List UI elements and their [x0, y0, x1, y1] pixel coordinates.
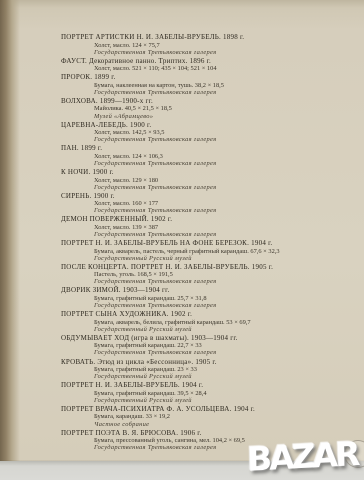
- entry-title: КРОВАТЬ. Этюд из цикла «Бессонница». 190…: [61, 359, 364, 367]
- entry-location: Государственная Третьяковская галерея: [61, 49, 364, 56]
- entry-location: Государственный Русский музей: [61, 397, 364, 404]
- catalog-entry: ОБДУМЫВАЕТ ХОД (игра в шахматы). 1903—19…: [61, 335, 364, 357]
- entry-location: Частное собрание: [61, 421, 364, 428]
- entry-location: Государственный Русский музей: [61, 373, 364, 380]
- catalog-entry: ПОРТРЕТ Н. И. ЗАБЕЛЫ-ВРУБЕЛЬ НА ФОНЕ БЕР…: [61, 240, 364, 262]
- entry-title: ПОРТРЕТ ВРАЧА-ПСИХИАТРА Ф. А. УСОЛЬЦЕВА.…: [61, 406, 364, 414]
- entry-details: Бумага, графитный карандаш. 23 × 33: [61, 366, 364, 373]
- entry-location: Государственная Третьяковская галерея: [61, 278, 364, 285]
- entry-details: Бумага, графитный карандаш. 39,5 × 28,4: [61, 390, 364, 397]
- entry-location: Государственная Третьяковская галерея: [61, 302, 364, 309]
- entry-details: Бумага, графитный карандаш. 25,7 × 31,8: [61, 295, 364, 302]
- catalog-list: ПОРТРЕТ АРТИСТКИ Н. И. ЗАБЕЛЫ-ВРУБЕЛЬ. 1…: [0, 34, 364, 453]
- entry-location: Государственный Русский музей: [61, 255, 364, 262]
- entry-details: Бумага, карандаш. 33 × 19,2: [61, 413, 364, 420]
- entry-details: Холст, масло. 160 × 177: [61, 200, 364, 207]
- entry-title: ПОРТРЕТ Н. И. ЗАБЕЛЫ-ВРУБЕЛЬ. 1904 г.: [61, 382, 364, 390]
- entry-title: ОБДУМЫВАЕТ ХОД (игра в шахматы). 1903—19…: [61, 335, 364, 343]
- catalog-entry: ПОРТРЕТ ВРАЧА-ПСИХИАТРА Ф. А. УСОЛЬЦЕВА.…: [61, 406, 364, 428]
- entry-title: ФАУСТ. Декоративное панно. Триптих. 1896…: [61, 58, 364, 66]
- catalog-entry: ДВОРИК ЗИМОЙ. 1903—1904 гг. Бумага, граф…: [61, 287, 364, 309]
- catalog-entry: КРОВАТЬ. Этюд из цикла «Бессонница». 190…: [61, 359, 364, 381]
- entry-details: Бумага, акварель, пастель, черный графит…: [61, 248, 364, 255]
- book-page: ПОРТРЕТ АРТИСТКИ Н. И. ЗАБЕЛЫ-ВРУБЕЛЬ. 1…: [0, 0, 364, 461]
- entry-details: Бумага, акварель, белила, графитный кара…: [61, 319, 364, 326]
- entry-title: ПОРТРЕТ Н. И. ЗАБЕЛЫ-ВРУБЕЛЬ НА ФОНЕ БЕР…: [61, 240, 364, 248]
- catalog-entry: ПОРТРЕТ Н. И. ЗАБЕЛЫ-ВРУБЕЛЬ. 1904 г. Бу…: [61, 382, 364, 404]
- entry-location: Музей «Абрамцево»: [61, 113, 364, 120]
- entry-title: ЦАРЕВНА-ЛЕБЕДЬ. 1900 г.: [61, 122, 364, 130]
- entry-location: Государственная Третьяковская галерея: [61, 349, 364, 356]
- entry-location: Государственная Третьяковская галерея: [61, 231, 364, 238]
- entry-details: Холст, масло. 124 × 75,7: [61, 42, 364, 49]
- catalog-entry: К НОЧИ. 1900 г. Холст, масло. 129 × 180 …: [61, 169, 364, 191]
- entry-details: Холст, масло. 142,5 × 93,5: [61, 129, 364, 136]
- entry-title: СИРЕНЬ. 1900 г.: [61, 193, 364, 201]
- entry-title: ДЕМОН ПОВЕРЖЕННЫЙ. 1902 г.: [61, 216, 364, 224]
- bazar-watermark: BAZAR: [247, 439, 358, 475]
- catalog-entry: СИРЕНЬ. 1900 г. Холст, масло. 160 × 177 …: [61, 193, 364, 215]
- entry-details: Холст, масло. 129 × 180: [61, 177, 364, 184]
- entry-title: ПОРТРЕТ АРТИСТКИ Н. И. ЗАБЕЛЫ-ВРУБЕЛЬ. 1…: [61, 34, 364, 42]
- entry-title: ДВОРИК ЗИМОЙ. 1903—1904 гг.: [61, 287, 364, 295]
- entry-details: Холст, масло. 521 × 110; 435 × 104; 521 …: [61, 65, 364, 72]
- entry-details: Бумага, наклеенная на картон, тушь. 38,2…: [61, 82, 364, 89]
- catalog-entry: ПАН. 1899 г. Холст, масло. 124 × 106,3 Г…: [61, 145, 364, 167]
- catalog-entry: ПРОРОК. 1899 г. Бумага, наклеенная на ка…: [61, 74, 364, 96]
- entry-location: Государственная Третьяковская галерея: [61, 136, 364, 143]
- catalog-entry: ДЕМОН ПОВЕРЖЕННЫЙ. 1902 г. Холст, масло.…: [61, 216, 364, 238]
- catalog-entry: ЦАРЕВНА-ЛЕБЕДЬ. 1900 г. Холст, масло. 14…: [61, 122, 364, 144]
- entry-title: ПАН. 1899 г.: [61, 145, 364, 153]
- entry-title: ПОСЛЕ КОНЦЕРТА. ПОРТРЕТ Н. И. ЗАБЕЛЫ-ВРУ…: [61, 264, 364, 272]
- entry-location: Государственная Третьяковская галерея: [61, 89, 364, 96]
- catalog-entry: ПОРТРЕТ СЫНА ХУДОЖНИКА. 1902 г. Бумага, …: [61, 311, 364, 333]
- entry-location: Государственная Третьяковская галерея: [61, 184, 364, 191]
- entry-details: Пастель, уголь. 168,5 × 191,5: [61, 271, 364, 278]
- catalog-entry: ПОСЛЕ КОНЦЕРТА. ПОРТРЕТ Н. И. ЗАБЕЛЫ-ВРУ…: [61, 264, 364, 286]
- entry-details: Майолика. 40,5 × 21,5 × 18,5: [61, 105, 364, 112]
- entry-location: Государственная Третьяковская галерея: [61, 207, 364, 214]
- entry-title: ВОЛХОВА. 1899—1900-х гг.: [61, 98, 364, 106]
- entry-details: Холст, масло. 139 × 387: [61, 224, 364, 231]
- entry-details: Холст, масло. 124 × 106,3: [61, 153, 364, 160]
- entry-location: Государственный Русский музей: [61, 326, 364, 333]
- entry-title: ПОРТРЕТ СЫНА ХУДОЖНИКА. 1902 г.: [61, 311, 364, 319]
- catalog-entry: ПОРТРЕТ АРТИСТКИ Н. И. ЗАБЕЛЫ-ВРУБЕЛЬ. 1…: [61, 34, 364, 56]
- catalog-entry: ВОЛХОВА. 1899—1900-х гг. Майолика. 40,5 …: [61, 98, 364, 120]
- entry-title: ПРОРОК. 1899 г.: [61, 74, 364, 82]
- entry-details: Бумага, графитный карандаш. 22,7 × 33: [61, 342, 364, 349]
- entry-title: К НОЧИ. 1900 г.: [61, 169, 364, 177]
- catalog-entry: ФАУСТ. Декоративное панно. Триптих. 1896…: [61, 58, 364, 73]
- entry-location: Государственная Третьяковская галерея: [61, 160, 364, 167]
- scan-background: ПОРТРЕТ АРТИСТКИ Н. И. ЗАБЕЛЫ-ВРУБЕЛЬ. 1…: [0, 0, 364, 480]
